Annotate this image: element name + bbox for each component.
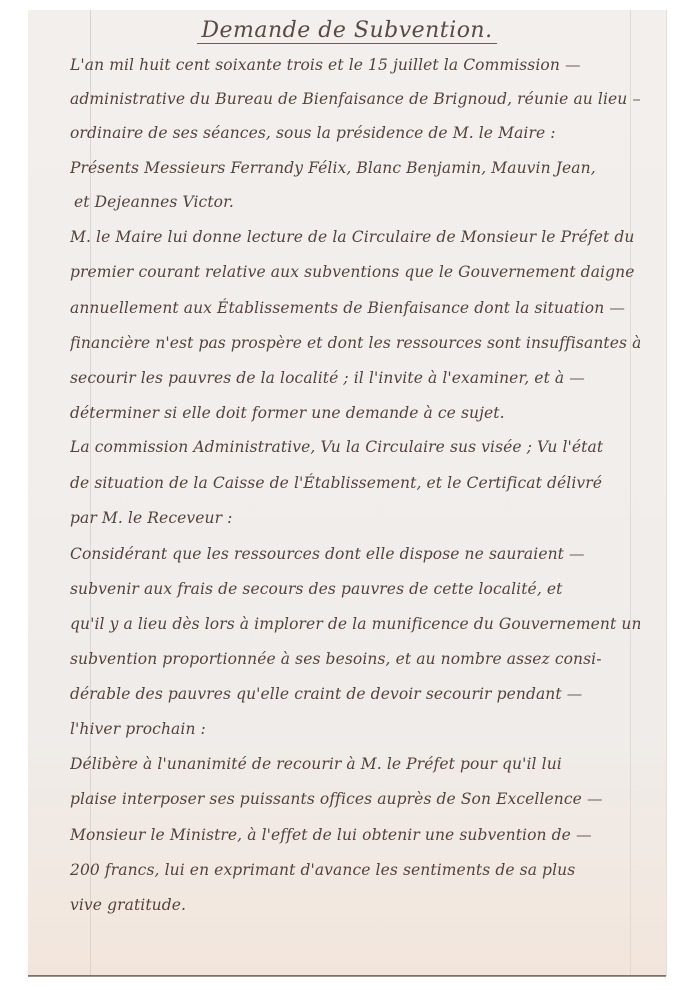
text-line: qu'il y a lieu dès lors à implorer de la… (70, 607, 640, 641)
text-line: premier courant relative aux subventions… (70, 255, 640, 289)
text-line: par M. le Receveur : (70, 501, 640, 535)
text-line: secourir les pauvres de la localité ; il… (70, 361, 640, 395)
text-line: L'an mil huit cent soixante trois et le … (70, 48, 640, 82)
text-line: plaise interposer ses puissants offices … (70, 782, 640, 816)
text-line: Présents Messieurs Ferrandy Félix, Blanc… (70, 151, 640, 185)
text-line: de situation de la Caisse de l'Établisse… (70, 466, 640, 500)
text-line: 200 francs, lui en exprimant d'avance le… (70, 853, 640, 887)
text-line: déterminer si elle doit former une deman… (70, 396, 640, 430)
text-line: et Dejeannes Victor. (74, 185, 644, 219)
text-line: La commission Administrative, Vu la Circ… (70, 430, 640, 464)
text-line: Délibère à l'unanimité de recourir à M. … (70, 747, 640, 781)
text-line: subvention proportionnée à ses besoins, … (70, 642, 640, 676)
text-line: subvenir aux frais de secours des pauvre… (70, 572, 640, 606)
manuscript-page: Demande de Subvention. L'an mil huit cen… (28, 10, 666, 976)
text-line: Monsieur le Ministre, à l'effet de lui o… (70, 818, 640, 852)
text-line: ordinaire de ses séances, sous la présid… (70, 116, 640, 150)
text-line: annuellement aux Établissements de Bienf… (70, 291, 640, 325)
text-line: M. le Maire lui donne lecture de la Circ… (70, 220, 640, 254)
manuscript-body: L'an mil huit cent soixante trois et le … (28, 10, 666, 975)
text-line: vive gratitude. (70, 888, 640, 922)
text-line: financière n'est pas prospère et dont le… (70, 326, 640, 360)
text-line: administrative du Bureau de Bienfaisance… (70, 82, 640, 116)
text-line: Considérant que les ressources dont elle… (70, 537, 640, 571)
text-line: l'hiver prochain : (70, 712, 640, 746)
text-line: dérable des pauvres qu'elle craint de de… (70, 677, 640, 711)
